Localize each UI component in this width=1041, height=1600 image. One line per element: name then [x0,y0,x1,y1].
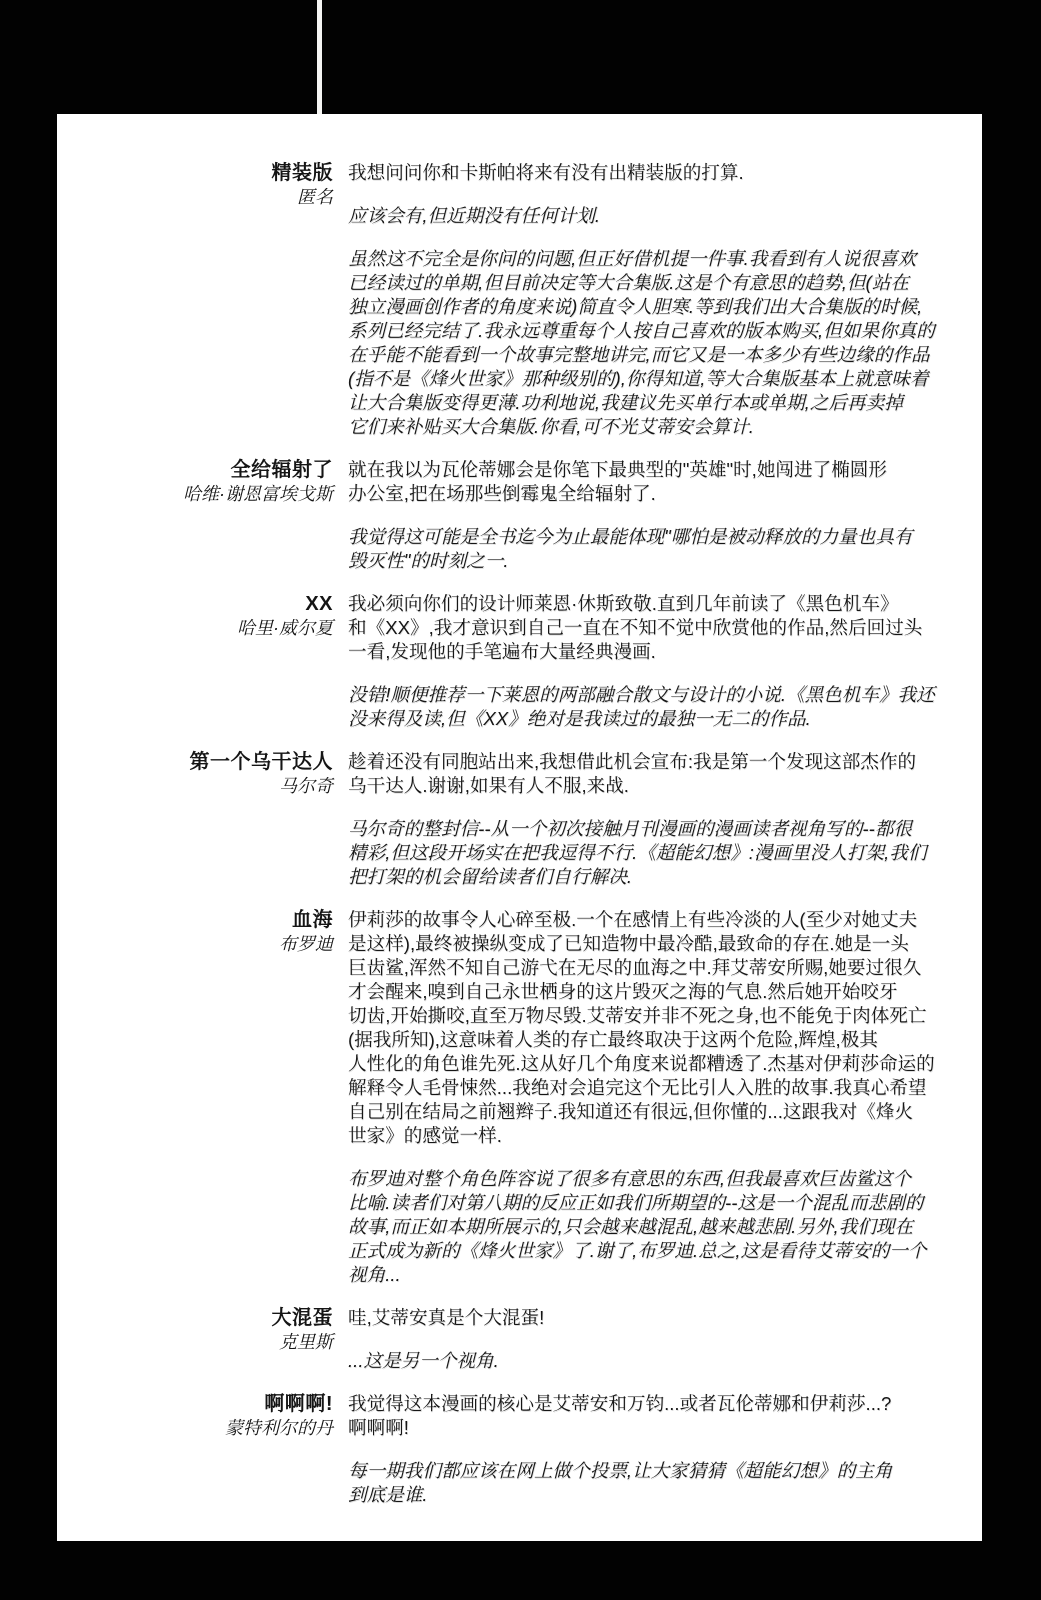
letter-text: 我想问问你和卡斯帕将来有没有出精装版的打算. [348,161,970,185]
letter-entry: 第一个乌干达人 马尔奇 趁着还没有同胞站出来,我想借此机会宣布:我是第一个发现这… [57,750,982,889]
entry-label-column: 血海 布罗迪 [57,908,333,1287]
entry-label-column: XX 哈里·威尔夏 [57,592,333,731]
letter-entry: 血海 布罗迪 伊莉莎的故事令人心碎至极.一个在感情上有些冷淡的人(至少对她丈夫 … [57,908,982,1287]
letter-text: 伊莉莎的故事令人心碎至极.一个在感情上有些冷淡的人(至少对她丈夫 是这样),最终… [348,908,970,1148]
letter-title: XX [57,592,333,616]
letter-entry: 全给辐射了 哈维·谢恩富埃戈斯 就在我以为瓦伦蒂娜会是你笔下最典型的"英雄"时,… [57,458,982,573]
letter-sender: 马尔奇 [57,774,333,798]
scan-background: { "page": { "background_color": "#020202… [0,0,1041,1600]
letter-text: 就在我以为瓦伦蒂娜会是你笔下最典型的"英雄"时,她闯进了椭圆形 办公室,把在场那… [348,458,970,506]
letter-title: 大混蛋 [57,1306,333,1330]
editor-reply: 没错!顺便推荐一下莱恩的两部融合散文与设计的小说.《黑色机车》我还 没来得及读,… [348,683,970,731]
letter-entry: 精装版 匿名 我想问问你和卡斯帕将来有没有出精装版的打算. 应该会有,但近期没有… [57,161,982,439]
letter-sender: 布罗迪 [57,932,333,956]
letter-title: 精装版 [57,161,333,185]
spine-mark [317,0,322,115]
entry-body: 趁着还没有同胞站出来,我想借此机会宣布:我是第一个发现这部杰作的 乌干达人.谢谢… [348,750,970,889]
letter-sender: 哈维·谢恩富埃戈斯 [57,482,333,506]
entry-body: 我必须向你们的设计师莱恩·休斯致敬.直到几年前读了《黑色机车》 和《XX》,我才… [348,592,970,731]
letter-entry: XX 哈里·威尔夏 我必须向你们的设计师莱恩·休斯致敬.直到几年前读了《黑色机车… [57,592,982,731]
entry-body: 哇,艾蒂安真是个大混蛋! ...这是另一个视角. [348,1306,970,1373]
letter-title: 第一个乌干达人 [57,750,333,774]
editor-reply: 布罗迪对整个角色阵容说了很多有意思的东西,但我最喜欢巨齿鲨这个 比喻.读者们对第… [348,1167,970,1287]
entry-body: 伊莉莎的故事令人心碎至极.一个在感情上有些冷淡的人(至少对她丈夫 是这样),最终… [348,908,970,1287]
entry-body: 就在我以为瓦伦蒂娜会是你笔下最典型的"英雄"时,她闯进了椭圆形 办公室,把在场那… [348,458,970,573]
entry-body: 我觉得这本漫画的核心是艾蒂安和万钧...或者瓦伦蒂娜和伊莉莎...? 啊啊啊! … [348,1392,970,1507]
entry-label-column: 全给辐射了 哈维·谢恩富埃戈斯 [57,458,333,573]
letter-text: 趁着还没有同胞站出来,我想借此机会宣布:我是第一个发现这部杰作的 乌干达人.谢谢… [348,750,970,798]
editor-reply: 虽然这不完全是你问的问题,但正好借机提一件事.我看到有人说很喜欢 已经读过的单期… [348,247,970,439]
letters-page-paper: 精装版 匿名 我想问问你和卡斯帕将来有没有出精装版的打算. 应该会有,但近期没有… [57,114,982,1541]
letter-title: 血海 [57,908,333,932]
letter-sender: 克里斯 [57,1330,333,1354]
letter-sender: 匿名 [57,185,333,209]
editor-reply: 我觉得这可能是全书迄今为止最能体现"哪怕是被动释放的力量也具有 毁灭性"的时刻之… [348,525,970,573]
entry-label-column: 第一个乌干达人 马尔奇 [57,750,333,889]
letter-entry: 大混蛋 克里斯 哇,艾蒂安真是个大混蛋! ...这是另一个视角. [57,1306,982,1373]
entry-label-column: 大混蛋 克里斯 [57,1306,333,1373]
letters-column: 精装版 匿名 我想问问你和卡斯帕将来有没有出精装版的打算. 应该会有,但近期没有… [57,161,982,1507]
letter-sender: 哈里·威尔夏 [57,616,333,640]
letter-text: 我必须向你们的设计师莱恩·休斯致敬.直到几年前读了《黑色机车》 和《XX》,我才… [348,592,970,664]
letter-text: 我觉得这本漫画的核心是艾蒂安和万钧...或者瓦伦蒂娜和伊莉莎...? 啊啊啊! [348,1392,970,1440]
editor-reply: 每一期我们都应该在网上做个投票,让大家猜猜《超能幻想》的主角 到底是谁. [348,1459,970,1507]
letter-sender: 蒙特利尔的丹 [57,1416,333,1440]
entry-label-column: 精装版 匿名 [57,161,333,439]
editor-reply: 应该会有,但近期没有任何计划. [348,204,970,228]
letter-text: 哇,艾蒂安真是个大混蛋! [348,1306,970,1330]
entry-body: 我想问问你和卡斯帕将来有没有出精装版的打算. 应该会有,但近期没有任何计划.虽然… [348,161,970,439]
letter-title: 全给辐射了 [57,458,333,482]
editor-reply: 马尔奇的整封信--从一个初次接触月刊漫画的漫画读者视角写的--都很 精彩,但这段… [348,817,970,889]
editor-reply: ...这是另一个视角. [348,1349,970,1373]
entry-label-column: 啊啊啊! 蒙特利尔的丹 [57,1392,333,1507]
letter-entry: 啊啊啊! 蒙特利尔的丹 我觉得这本漫画的核心是艾蒂安和万钧...或者瓦伦蒂娜和伊… [57,1392,982,1507]
letter-title: 啊啊啊! [57,1392,333,1416]
